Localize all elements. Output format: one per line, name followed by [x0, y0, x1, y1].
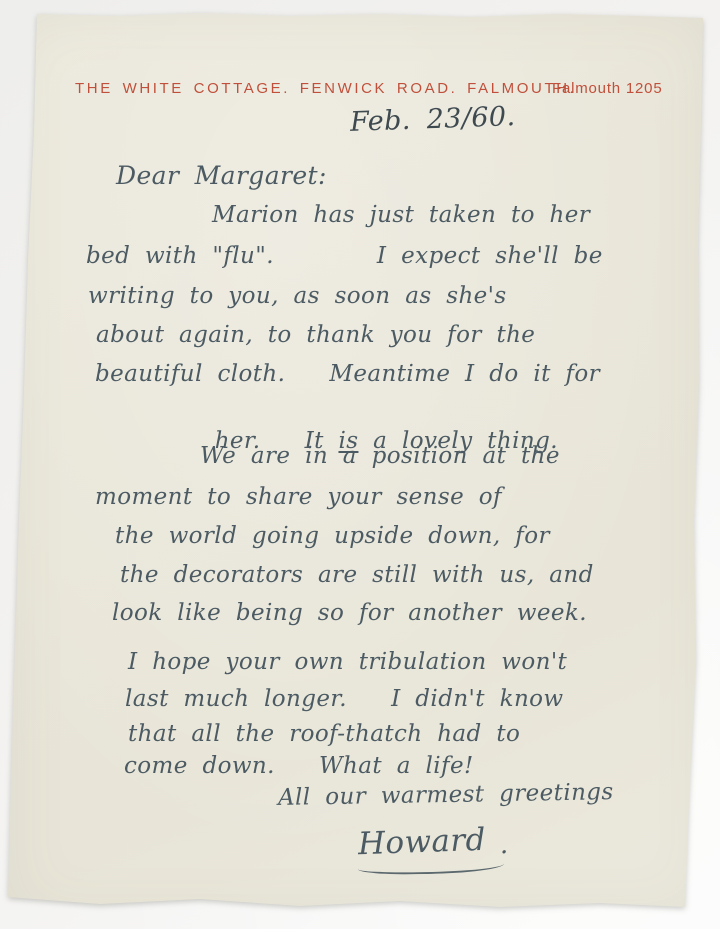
letterhead-address: THE WHITE COTTAGE. FENWICK ROAD. FALMOUT…	[75, 80, 576, 97]
signature-period: .	[500, 830, 509, 861]
letter-line: moment to share your sense of	[95, 484, 502, 512]
letter-line: We are in a position at the	[200, 443, 560, 471]
letter-salutation: Dear Margaret:	[116, 161, 327, 191]
signature: Howard	[357, 822, 486, 864]
letter-date: Feb. 23/60.	[349, 101, 516, 139]
letter-paper: THE WHITE COTTAGE. FENWICK ROAD. FALMOUT…	[0, 0, 720, 929]
paper-shadow: THE WHITE COTTAGE. FENWICK ROAD. FALMOUT…	[0, 0, 720, 929]
letter-line: beautiful cloth. Meantime I do it for	[95, 361, 600, 389]
letter-line: about again, to thank you for the	[96, 322, 535, 350]
letter-line: the world going upside down, for	[115, 523, 550, 551]
letter-line: that all the roof-thatch had to	[128, 721, 520, 749]
letter-line: look like being so for another week.	[112, 600, 587, 628]
letterhead-phone: Falmouth 1205	[552, 80, 662, 97]
letter-line: I hope your own tribulation won't	[128, 649, 567, 677]
letter-line: bed with "flu". I expect she'll be	[86, 243, 603, 271]
letter-closing: All our warmest greetings	[278, 779, 614, 812]
letter-line: come down. What a life!	[124, 753, 474, 781]
photo-background: THE WHITE COTTAGE. FENWICK ROAD. FALMOUT…	[0, 0, 720, 929]
letter-line: writing to you, as soon as she's	[88, 283, 507, 311]
letter-line: last much longer. I didn't know	[125, 686, 564, 714]
letter-line: the decorators are still with us, and	[120, 562, 594, 590]
letter-line: Marion has just taken to her	[212, 202, 590, 230]
